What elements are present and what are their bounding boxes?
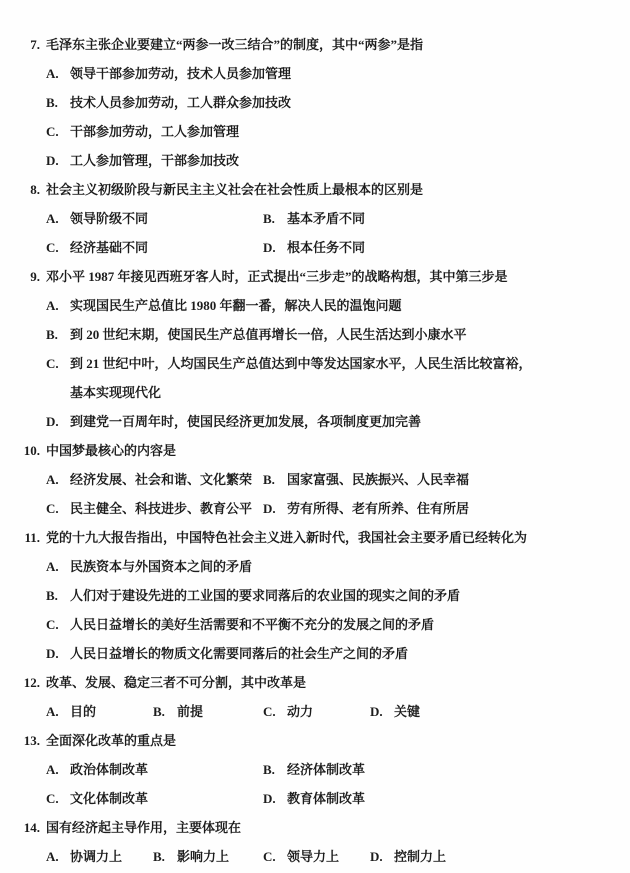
option-label: D. xyxy=(46,639,70,668)
option-text: 领导干部参加劳动，技术人员参加管理 xyxy=(70,59,616,88)
option-text: 人民日益增长的物质文化需要同落后的社会生产之间的矛盾 xyxy=(70,639,616,668)
option-text: 政治体制改革 xyxy=(70,755,148,784)
option-text: 到建党一百周年时，使国民经济更加发展，各项制度更加完善 xyxy=(70,407,616,436)
question-stem: 7. 毛泽东主张企业要建立“两参一改三结合”的制度，其中“两参”是指 xyxy=(0,30,616,59)
option-text: 关键 xyxy=(394,697,420,726)
option-text: 到 21 世纪中叶，人均国民生产总值达到中等发达国家水平，人民生活比较富裕， 基… xyxy=(70,349,616,407)
question-number: 14. xyxy=(0,813,40,842)
option-label: D. xyxy=(263,233,287,262)
option-row: D. 到建党一百周年时，使国民经济更加发展，各项制度更加完善 xyxy=(0,407,616,436)
question-text: 全面深化改革的重点是 xyxy=(40,726,616,755)
option-row: B. 技术人员参加劳动，工人群众参加技改 xyxy=(0,88,616,117)
option-row: B. 人们对于建设先进的工业国的要求同落后的农业国的现实之间的矛盾 xyxy=(0,581,616,610)
option: B. 前提 xyxy=(153,697,263,726)
option-text: 领导阶级不同 xyxy=(70,204,148,233)
option-row: C. 干部参加劳动，工人参加管理 xyxy=(0,117,616,146)
option-label: D. xyxy=(46,407,70,436)
option-text: 人们对于建设先进的工业国的要求同落后的农业国的现实之间的矛盾 xyxy=(70,581,616,610)
question-11: 11. 党的十九大报告指出，中国特色社会主义进入新时代，我国社会主要矛盾已经转化… xyxy=(0,523,616,668)
option: A. 目的 xyxy=(46,697,153,726)
option-row: A. 政治体制改革 B. 经济体制改革 xyxy=(0,755,616,784)
question-stem: 14. 国有经济起主导作用，主要体现在 xyxy=(0,813,616,842)
option-row: C. 到 21 世纪中叶，人均国民生产总值达到中等发达国家水平，人民生活比较富裕… xyxy=(0,349,616,407)
option-label: A. xyxy=(46,697,70,726)
option: C. 民主健全、科技进步、教育公平 xyxy=(46,494,263,523)
option: B. 经济体制改革 xyxy=(263,755,616,784)
question-text: 党的十九大报告指出，中国特色社会主义进入新时代，我国社会主要矛盾已经转化为 xyxy=(40,523,616,552)
option-label: B. xyxy=(46,88,70,117)
option: A. 领导阶级不同 xyxy=(46,204,263,233)
option-label: D. xyxy=(46,146,70,175)
option: B. 基本矛盾不同 xyxy=(263,204,616,233)
question-10: 10. 中国梦最核心的内容是 A. 经济发展、社会和谐、文化繁荣 B. 国家富强… xyxy=(0,436,616,523)
option-label: C. xyxy=(263,697,287,726)
option-row: C. 文化体制改革 D. 教育体制改革 xyxy=(0,784,616,813)
option: D. 根本任务不同 xyxy=(263,233,616,262)
question-13: 13. 全面深化改革的重点是 A. 政治体制改革 B. 经济体制改革 C. 文化… xyxy=(0,726,616,813)
option: C. 动力 xyxy=(263,697,370,726)
question-stem: 12. 改革、发展、稳定三者不可分割，其中改革是 xyxy=(0,668,616,697)
question-number: 7. xyxy=(0,30,40,59)
question-number: 8. xyxy=(0,175,40,204)
option-text: 基本矛盾不同 xyxy=(287,204,365,233)
option-label: A. xyxy=(46,204,70,233)
option-text: 技术人员参加劳动，工人群众参加技改 xyxy=(70,88,616,117)
question-stem: 9. 邓小平 1987 年接见西班牙客人时，正式提出“三步走”的战略构想，其中第… xyxy=(0,262,616,291)
option-text: 经济基础不同 xyxy=(70,233,148,262)
option-text: 经济体制改革 xyxy=(287,755,365,784)
exam-page: 7. 毛泽东主张企业要建立“两参一改三结合”的制度，其中“两参”是指 A. 领导… xyxy=(0,0,630,873)
option-row: A. 经济发展、社会和谐、文化繁荣 B. 国家富强、民族振兴、人民幸福 xyxy=(0,465,616,494)
option-text: 民主健全、科技进步、教育公平 xyxy=(70,494,252,523)
option: D. 关键 xyxy=(370,697,616,726)
option-text: 人民日益增长的美好生活需要和不平衡不充分的发展之间的矛盾 xyxy=(70,610,616,639)
question-number: 11. xyxy=(0,523,40,552)
option-label: C. xyxy=(46,349,70,407)
option-label: A. xyxy=(46,552,70,581)
option-text: 协调力上 xyxy=(70,842,122,871)
option-text: 根本任务不同 xyxy=(287,233,365,262)
option-label: B. xyxy=(263,465,287,494)
option: A. 协调力上 xyxy=(46,842,153,871)
option: D. 劳有所得、老有所养、住有所居 xyxy=(263,494,616,523)
question-text: 邓小平 1987 年接见西班牙客人时，正式提出“三步走”的战略构想，其中第三步是 xyxy=(40,262,616,291)
option-row: A. 领导阶级不同 B. 基本矛盾不同 xyxy=(0,204,616,233)
option-row: C. 民主健全、科技进步、教育公平 D. 劳有所得、老有所养、住有所居 xyxy=(0,494,616,523)
option-label: C. xyxy=(46,117,70,146)
option-label: A. xyxy=(46,291,70,320)
option-row: D. 人民日益增长的物质文化需要同落后的社会生产之间的矛盾 xyxy=(0,639,616,668)
option-text: 目的 xyxy=(70,697,96,726)
option-text: 国家富强、民族振兴、人民幸福 xyxy=(287,465,469,494)
question-text: 国有经济起主导作用，主要体现在 xyxy=(40,813,616,842)
option: A. 政治体制改革 xyxy=(46,755,263,784)
option-label: B. xyxy=(263,204,287,233)
option-label: B. xyxy=(46,581,70,610)
option-label: A. xyxy=(46,59,70,88)
question-7: 7. 毛泽东主张企业要建立“两参一改三结合”的制度，其中“两参”是指 A. 领导… xyxy=(0,30,616,175)
option-text: 领导力上 xyxy=(287,842,339,871)
option-label: C. xyxy=(263,842,287,871)
option: B. 影响力上 xyxy=(153,842,263,871)
option-label: A. xyxy=(46,465,70,494)
option-label: B. xyxy=(46,320,70,349)
option-text: 到 20 世纪末期，使国民生产总值再增长一倍，人民生活达到小康水平 xyxy=(70,320,616,349)
option-label: D. xyxy=(263,784,287,813)
question-number: 12. xyxy=(0,668,40,697)
question-stem: 13. 全面深化改革的重点是 xyxy=(0,726,616,755)
question-number: 10. xyxy=(0,436,40,465)
option-label: C. xyxy=(46,784,70,813)
option-row: A. 协调力上 B. 影响力上 C. 领导力上 D. 控制力上 xyxy=(0,842,616,871)
question-text: 中国梦最核心的内容是 xyxy=(40,436,616,465)
option-label: A. xyxy=(46,842,70,871)
option-label: C. xyxy=(46,494,70,523)
option-text: 控制力上 xyxy=(394,842,446,871)
option-text: 干部参加劳动，工人参加管理 xyxy=(70,117,616,146)
option-text: 经济发展、社会和谐、文化繁荣 xyxy=(70,465,252,494)
option-row: A. 实现国民生产总值比 1980 年翻一番，解决人民的温饱问题 xyxy=(0,291,616,320)
option-label: C. xyxy=(46,610,70,639)
option-text: 实现国民生产总值比 1980 年翻一番，解决人民的温饱问题 xyxy=(70,291,616,320)
option-label: B. xyxy=(153,697,177,726)
option-text: 民族资本与外国资本之间的矛盾 xyxy=(70,552,616,581)
option-label: B. xyxy=(153,842,177,871)
option-text: 前提 xyxy=(177,697,203,726)
question-text: 社会主义初级阶段与新民主主义社会在社会性质上最根本的区别是 xyxy=(40,175,616,204)
option-label: D. xyxy=(263,494,287,523)
option-row: B. 到 20 世纪末期，使国民生产总值再增长一倍，人民生活达到小康水平 xyxy=(0,320,616,349)
option: C. 领导力上 xyxy=(263,842,370,871)
option-text: 动力 xyxy=(287,697,313,726)
option: A. 经济发展、社会和谐、文化繁荣 xyxy=(46,465,263,494)
option-label: B. xyxy=(263,755,287,784)
option-label: D. xyxy=(370,697,394,726)
question-12: 12. 改革、发展、稳定三者不可分割，其中改革是 A. 目的 B. 前提 C. … xyxy=(0,668,616,726)
option: C. 经济基础不同 xyxy=(46,233,263,262)
option-row: A. 目的 B. 前提 C. 动力 D. 关键 xyxy=(0,697,616,726)
question-14: 14. 国有经济起主导作用，主要体现在 A. 协调力上 B. 影响力上 C. 领… xyxy=(0,813,616,871)
option-label: D. xyxy=(370,842,394,871)
option-text: 教育体制改革 xyxy=(287,784,365,813)
option: D. 控制力上 xyxy=(370,842,616,871)
option-row: A. 民族资本与外国资本之间的矛盾 xyxy=(0,552,616,581)
option-row: A. 领导干部参加劳动，技术人员参加管理 xyxy=(0,59,616,88)
question-stem: 10. 中国梦最核心的内容是 xyxy=(0,436,616,465)
option-text: 工人参加管理，干部参加技改 xyxy=(70,146,616,175)
option-row: C. 经济基础不同 D. 根本任务不同 xyxy=(0,233,616,262)
question-stem: 8. 社会主义初级阶段与新民主主义社会在社会性质上最根本的区别是 xyxy=(0,175,616,204)
option-text: 文化体制改革 xyxy=(70,784,148,813)
option-row: D. 工人参加管理，干部参加技改 xyxy=(0,146,616,175)
option: D. 教育体制改革 xyxy=(263,784,616,813)
option-label: A. xyxy=(46,755,70,784)
question-stem: 11. 党的十九大报告指出，中国特色社会主义进入新时代，我国社会主要矛盾已经转化… xyxy=(0,523,616,552)
question-9: 9. 邓小平 1987 年接见西班牙客人时，正式提出“三步走”的战略构想，其中第… xyxy=(0,262,616,436)
option: C. 文化体制改革 xyxy=(46,784,263,813)
question-text: 毛泽东主张企业要建立“两参一改三结合”的制度，其中“两参”是指 xyxy=(40,30,616,59)
question-8: 8. 社会主义初级阶段与新民主主义社会在社会性质上最根本的区别是 A. 领导阶级… xyxy=(0,175,616,262)
question-text: 改革、发展、稳定三者不可分割，其中改革是 xyxy=(40,668,616,697)
option-text: 影响力上 xyxy=(177,842,229,871)
question-number: 13. xyxy=(0,726,40,755)
question-number: 9. xyxy=(0,262,40,291)
option-label: C. xyxy=(46,233,70,262)
option-text: 劳有所得、老有所养、住有所居 xyxy=(287,494,469,523)
option: B. 国家富强、民族振兴、人民幸福 xyxy=(263,465,616,494)
option-row: C. 人民日益增长的美好生活需要和不平衡不充分的发展之间的矛盾 xyxy=(0,610,616,639)
